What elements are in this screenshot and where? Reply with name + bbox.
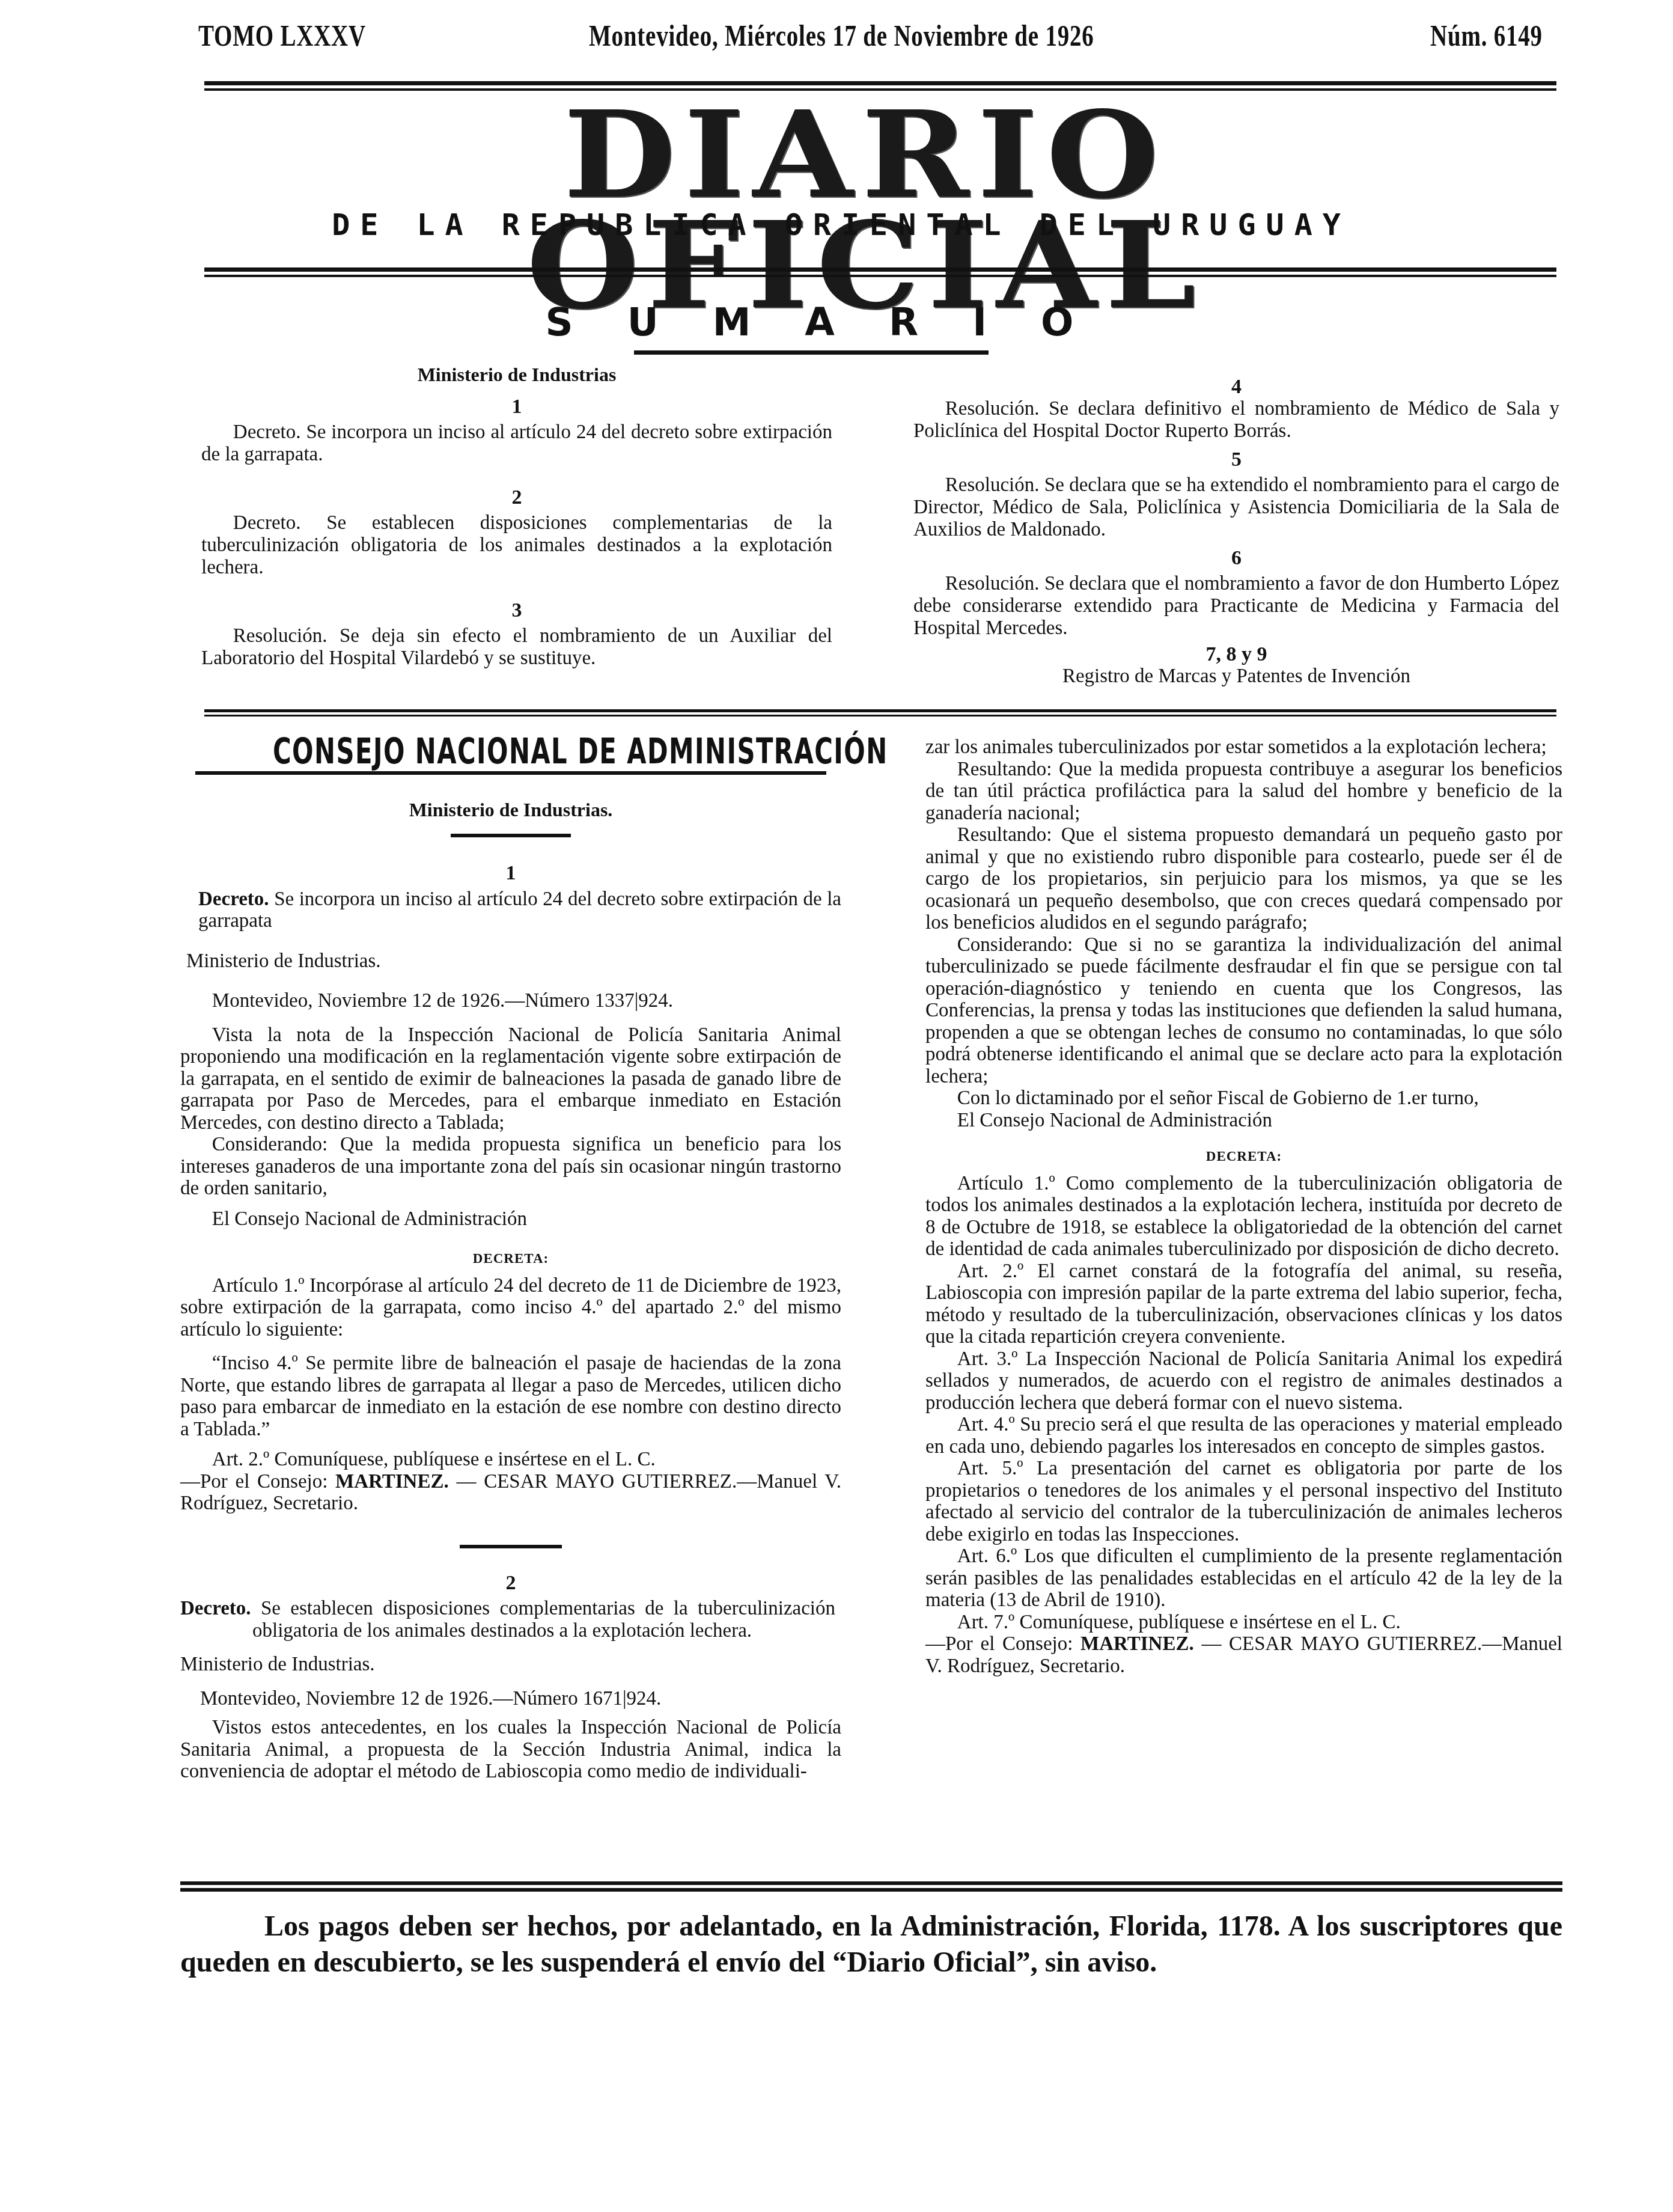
sumario-left-column: Ministerio de Industrias 1 Decreto. Se i…: [201, 364, 832, 670]
sumario-item-number: 2: [201, 486, 832, 509]
sumario-ministry: Ministerio de Industrias: [201, 364, 832, 386]
paragraph: zar los animales tuberculinizados por es…: [925, 736, 1562, 759]
body-left-column: CONSEJO NACIONAL DE ADMINISTRACIÓN Minis…: [180, 727, 841, 1783]
paragraph: Resultando: Que el sistema propuesto dem…: [925, 824, 1562, 934]
article-quote: “Inciso 4.º Se permite libre de balneaci…: [180, 1352, 841, 1440]
spacer: [180, 932, 841, 950]
decree-heading: Decreto. Se incorpora un inciso al artíc…: [180, 888, 841, 932]
decreta-heading: DECRETA:: [180, 1248, 841, 1270]
decree-summary: Se establecen disposiciones complementar…: [252, 1598, 835, 1642]
signature-name: MARTINEZ.: [335, 1471, 449, 1492]
spacer: [180, 1709, 841, 1717]
sumario-item-number: 6: [913, 547, 1559, 569]
signature: —Por el Consejo: MARTINEZ. — CESAR MAYO …: [180, 1471, 841, 1515]
column-gutter: [882, 721, 883, 1869]
sumario-item[interactable]: Decreto. Se establecen disposiciones com…: [201, 512, 832, 579]
sumario-item[interactable]: Decreto. Se incorpora un inciso al artíc…: [201, 421, 832, 466]
dateline: Montevideo, Noviembre 12 de 1926.—Número…: [180, 1688, 841, 1710]
decree-number: 1: [180, 863, 841, 885]
dateline: Montevideo, Miércoles 17 de Noviembre de…: [589, 18, 1094, 53]
ministry-line: Ministerio de Industrias.: [180, 1654, 841, 1676]
paragraph: Considerando: Que la medida propuesta si…: [180, 1134, 841, 1200]
signature-prefix: —Por el Consejo:: [180, 1471, 335, 1492]
decree-number: 2: [180, 1572, 841, 1595]
sumario-item[interactable]: Registro de Marcas y Patentes de Invenci…: [913, 665, 1559, 688]
spacer: [180, 1012, 841, 1024]
signature: —Por el Consejo: MARTINEZ. — CESAR MAYO …: [925, 1633, 1562, 1677]
payment-notice-text: Los pagos deben ser hechos, por adelanta…: [180, 1908, 1562, 1981]
ministry-line: Ministerio de Industrias.: [180, 950, 841, 973]
divider: [451, 834, 571, 837]
article: Art. 4.º Su precio será el que resulta d…: [925, 1414, 1562, 1458]
article: Art. 5.º La presentación del carnet es o…: [925, 1458, 1562, 1545]
header-line: TOMO LXXXV Montevideo, Miércoles 17 de N…: [198, 18, 1556, 60]
decreta-heading: DECRETA:: [925, 1146, 1562, 1168]
sumario-underline: [634, 350, 989, 355]
sumario-heading: SUMARIO: [0, 301, 1673, 345]
paragraph: El Consejo Nacional de Administración: [180, 1208, 841, 1230]
decree-summary: Se incorpora un inciso al artículo 24 de…: [198, 888, 841, 932]
decree-label: Decreto.: [198, 888, 269, 910]
section-title: CONSEJO NACIONAL DE ADMINISTRACIÓN: [273, 741, 749, 763]
sumario-bottom-rule: [204, 709, 1556, 716]
article: Art. 2.º Comuníquese, publíquese e insér…: [180, 1449, 841, 1471]
sumario-item[interactable]: Resolución. Se declara definitivo el nom…: [913, 398, 1559, 442]
masthead-subtitle: DE LA REPUBLICA ORIENTAL DEL URUGUAY: [300, 207, 1382, 242]
article: Artículo 1.º Como complemento de la tube…: [925, 1173, 1562, 1260]
sumario-right-column: 4 Resolución. Se declara definitivo el n…: [913, 376, 1559, 688]
article: Art. 7.º Comuníquese, publíquese e insér…: [925, 1612, 1562, 1634]
volume-label: TOMO LXXXV: [198, 18, 366, 53]
sumario-item-number: 7, 8 y 9: [913, 643, 1559, 665]
article: Artículo 1.º Incorpórase al artículo 24 …: [180, 1275, 841, 1341]
paragraph: Considerando: Que si no se garantiza la …: [925, 934, 1562, 1088]
article: Art. 6.º Los que dificulten el cumplimie…: [925, 1545, 1562, 1612]
body-right-column: zar los animales tuberculinizados por es…: [925, 736, 1562, 1677]
ministry-heading: Ministerio de Industrias.: [180, 799, 841, 821]
divider: [460, 1545, 562, 1548]
sumario-item-number: 3: [201, 599, 832, 622]
masthead-rule: [204, 267, 1556, 277]
sumario-item[interactable]: Resolución. Se declara que el nombramien…: [913, 573, 1559, 640]
article: Art. 3.º La Inspección Nacional de Polic…: [925, 1348, 1562, 1414]
spacer: [180, 1676, 841, 1688]
decree-label: Decreto.: [180, 1598, 251, 1619]
decree-heading: Decreto. Se establecen disposiciones com…: [180, 1598, 841, 1642]
paragraph: Vista la nota de la Inspección Nacional …: [180, 1024, 841, 1134]
sumario-item-number: 1: [201, 396, 832, 418]
sumario-item-number: 5: [913, 448, 1559, 471]
paragraph: Vistos estos antecedentes, en los cuales…: [180, 1717, 841, 1783]
signature-prefix: —Por el Consejo:: [925, 1633, 1080, 1655]
signature-name: MARTINEZ.: [1080, 1633, 1194, 1655]
article: Art. 2.º El carnet constará de la fotogr…: [925, 1260, 1562, 1348]
spacer: [180, 972, 841, 990]
spacer: [180, 1642, 841, 1654]
sumario-item-number: 4: [913, 376, 1559, 398]
issue-number: Núm. 6149: [1430, 18, 1543, 53]
paragraph: Resultando: Que la medida propuesta cont…: [925, 759, 1562, 825]
paragraph: El Consejo Nacional de Administración: [925, 1110, 1562, 1132]
paragraph: Con lo dictaminado por el señor Fiscal d…: [925, 1087, 1562, 1110]
sumario-item[interactable]: Resolución. Se declara que se ha extendi…: [913, 474, 1559, 541]
sumario-item[interactable]: Resolución. Se deja sin efecto el nombra…: [201, 625, 832, 670]
dateline: Montevideo, Noviembre 12 de 1926.—Número…: [180, 990, 841, 1012]
footer-rule: [180, 1881, 1562, 1892]
payment-notice: Los pagos deben ser hechos, por adelanta…: [180, 1908, 1562, 1981]
